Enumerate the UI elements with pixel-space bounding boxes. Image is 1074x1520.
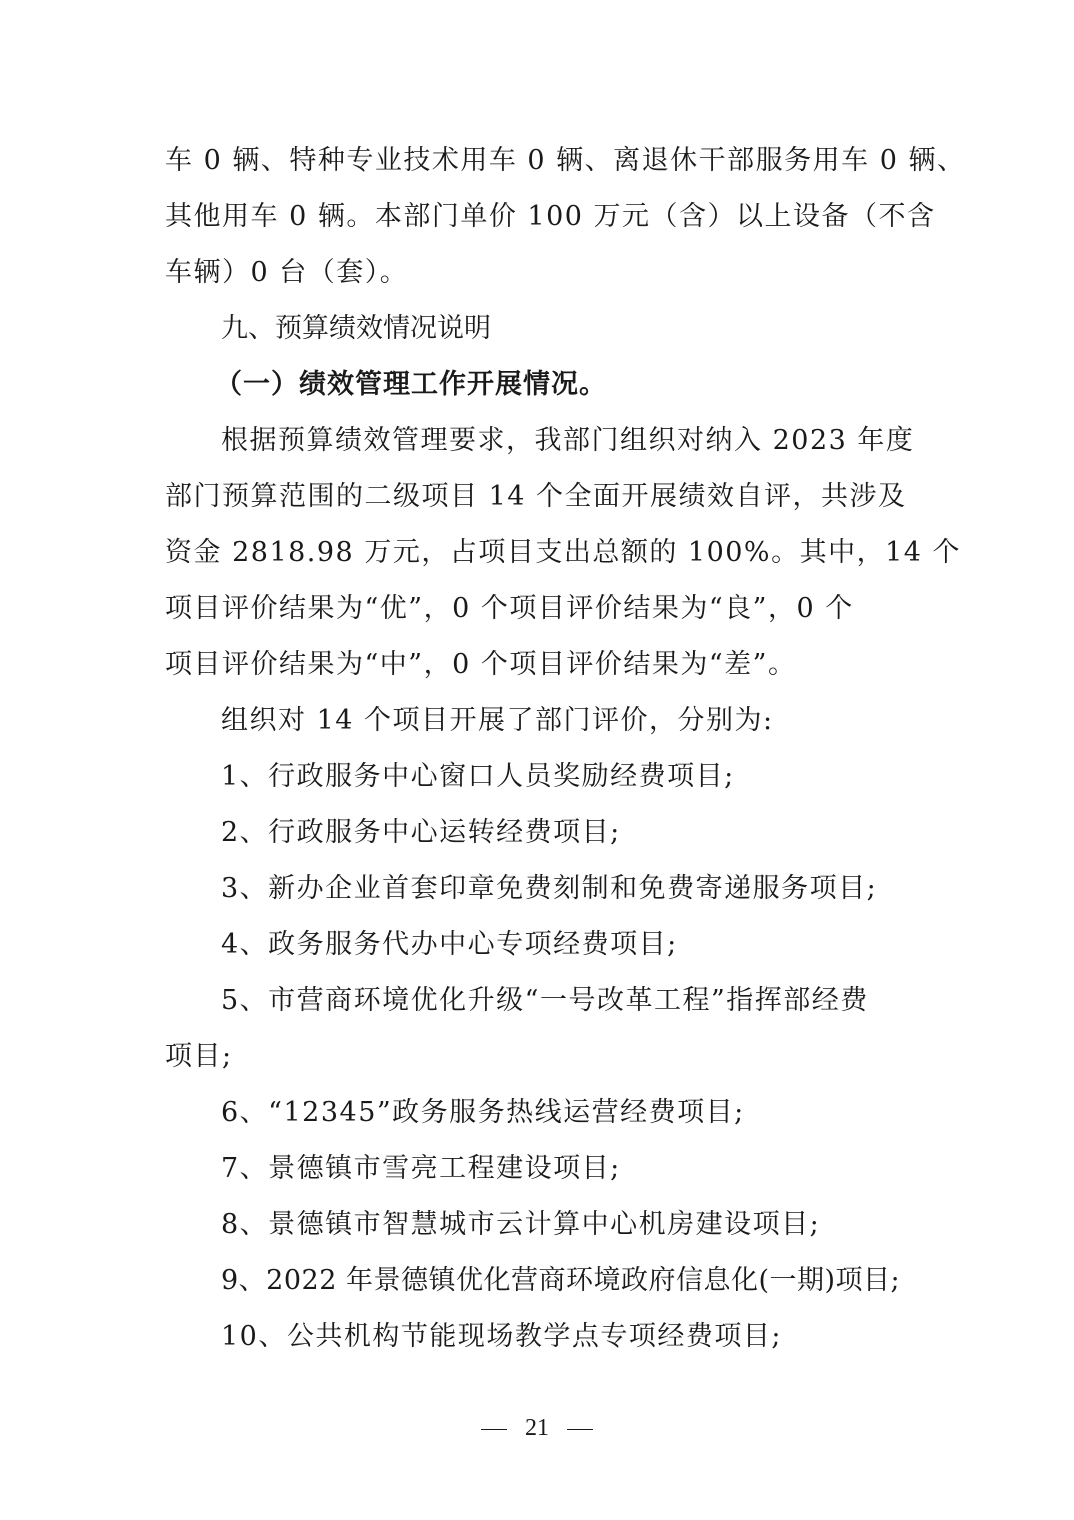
- paragraph-line: 项目评价结果为“优”，0 个项目评价结果为“良”，0 个: [165, 591, 915, 627]
- body-text-line: 车辆）0 台（套）。: [165, 255, 915, 291]
- list-item: 6、“12345”政务服务热线运营经费项目;: [221, 1095, 971, 1131]
- list-item: 2、行政服务中心运转经费项目;: [221, 815, 971, 851]
- list-item: 1、行政服务中心窗口人员奖励经费项目;: [221, 759, 971, 795]
- list-item: 7、景德镇市雪亮工程建设项目;: [221, 1151, 971, 1187]
- list-item: 3、新办企业首套印章免费刻制和免费寄递服务项目;: [221, 871, 971, 907]
- subsection-heading: （一）绩效管理工作开展情况。: [215, 367, 965, 403]
- body-text-line: 车 0 辆、特种专业技术用车 0 辆、离退休干部服务用车 0 辆、: [165, 143, 915, 179]
- list-item: 4、政务服务代办中心专项经费项目;: [221, 927, 971, 963]
- footer-dash-left: [481, 1429, 507, 1430]
- footer-dash-right: [567, 1429, 593, 1430]
- paragraph-line: 资金 2818.98 万元，占项目支出总额的 100%。其中，14 个: [165, 535, 915, 571]
- page-number: 21: [525, 1415, 549, 1441]
- section-heading: 九、预算绩效情况说明: [221, 311, 971, 347]
- list-item: 8、景德镇市智慧城市云计算中心机房建设项目;: [221, 1207, 971, 1243]
- paragraph-line: 根据预算绩效管理要求，我部门组织对纳入 2023 年度: [221, 423, 971, 459]
- list-item: 9、2022 年景德镇优化营商环境政府信息化(一期)项目;: [221, 1263, 971, 1299]
- paragraph-line: 项目评价结果为“中”，0 个项目评价结果为“差”。: [165, 647, 915, 683]
- list-item: 5、市营商环境优化升级“一号改革工程”指挥部经费: [221, 983, 971, 1019]
- list-item: 10、公共机构节能现场教学点专项经费项目;: [221, 1319, 971, 1355]
- list-intro: 组织对 14 个项目开展了部门评价，分别为:: [221, 703, 971, 739]
- paragraph-line: 部门预算范围的二级项目 14 个全面开展绩效自评，共涉及: [165, 479, 915, 515]
- body-text-line: 其他用车 0 辆。本部门单价 100 万元（含）以上设备（不含: [165, 199, 915, 235]
- page-footer: 21: [0, 1410, 1074, 1446]
- list-item-continuation: 项目;: [165, 1039, 915, 1075]
- document-page: 车 0 辆、特种专业技术用车 0 辆、离退休干部服务用车 0 辆、 其他用车 0…: [0, 0, 1074, 1520]
